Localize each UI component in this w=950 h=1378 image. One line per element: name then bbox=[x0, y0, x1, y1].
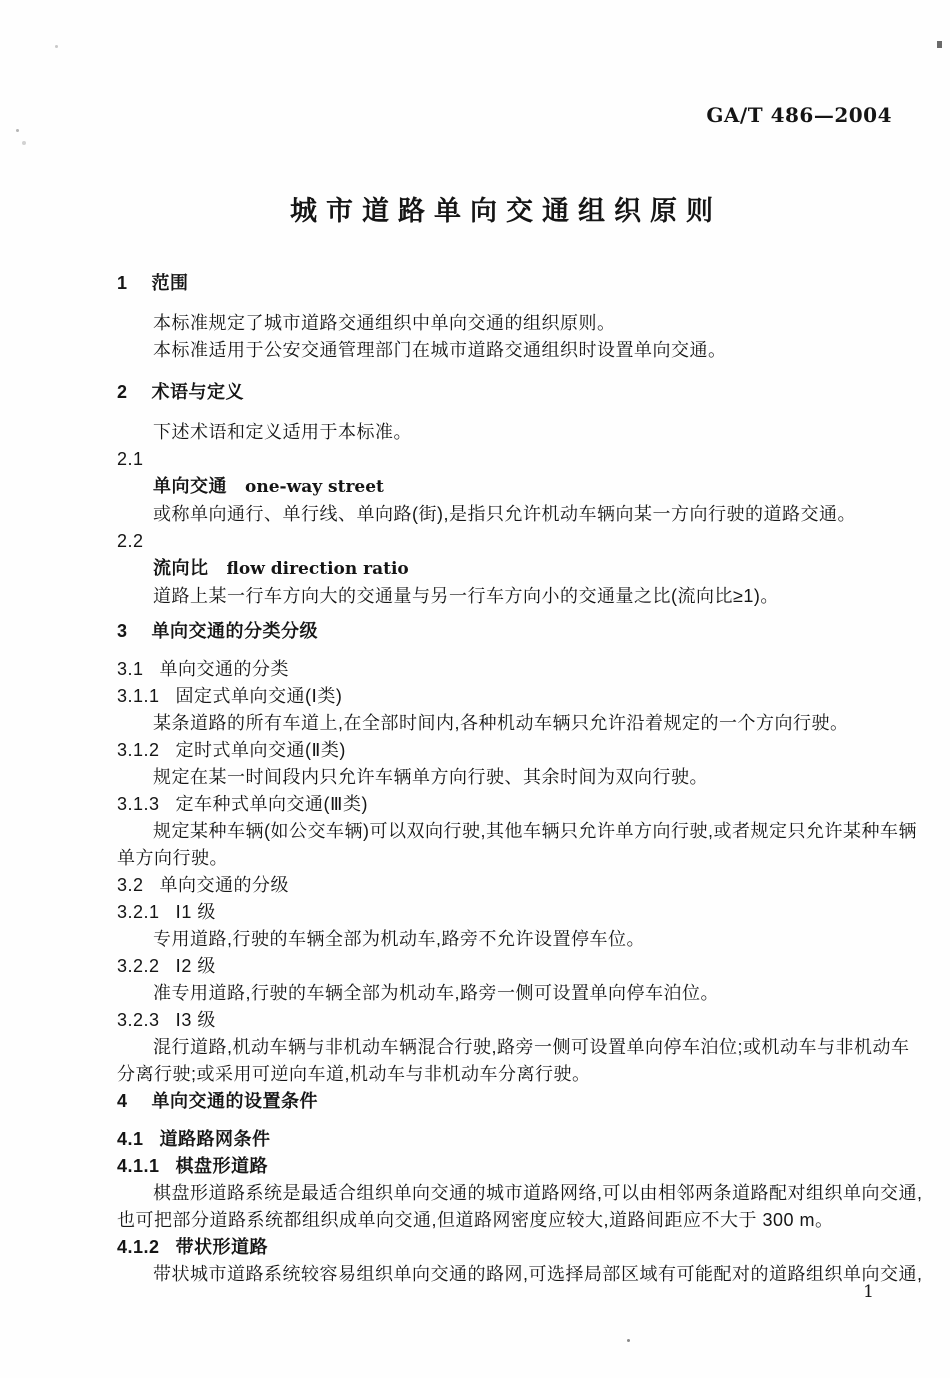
paragraph-line: 规定在某一时间段内只允许车辆单方向行驶、其余时间为双向行驶。 bbox=[117, 764, 897, 791]
clause-heading: 3.2.1Ⅰ1 级 bbox=[117, 899, 897, 926]
paragraph-continuation: 分离行驶;或采用可逆向车道,机动车与非机动车分离行驶。 bbox=[117, 1061, 897, 1088]
term-en: flow direction ratio bbox=[227, 559, 409, 579]
heading-text: 范围 bbox=[152, 273, 189, 293]
clause-number: 3.1.3 bbox=[117, 794, 160, 814]
clause-heading: 3.1单向交通的分类 bbox=[117, 656, 897, 683]
clause-number: 3.2.3 bbox=[117, 1010, 160, 1030]
clause-heading: 4.1道路路网条件 bbox=[117, 1126, 897, 1153]
paragraph-line: 或称单向通行、单行线、单向路(街),是指只允许机动车辆向某一方向行驶的道路交通。 bbox=[117, 501, 897, 528]
paragraph-line: 混行道路,机动车辆与非机动车辆混合行驶,路旁一侧可设置单向停车泊位;或机动车与非… bbox=[117, 1034, 897, 1061]
clause-number: 4.1 bbox=[117, 1129, 144, 1149]
paragraph-continuation: 单方向行驶。 bbox=[117, 845, 897, 872]
scan-speck bbox=[937, 41, 942, 48]
section-heading-classification: 3单向交通的分类分级 bbox=[117, 618, 897, 645]
heading-text: 单向交通的分类 bbox=[160, 659, 290, 679]
clause-number: 3.1 bbox=[117, 659, 144, 679]
heading-text: 单向交通的分类分级 bbox=[152, 621, 319, 641]
heading-text: Ⅰ3 级 bbox=[176, 1010, 216, 1030]
document-body: 1范围 本标准规定了城市道路交通组织中单向交通的组织原则。 本标准适用于公安交通… bbox=[117, 270, 897, 1288]
heading-text: 单向交通的设置条件 bbox=[152, 1091, 319, 1111]
clause-heading: 2.1 bbox=[117, 446, 897, 473]
heading-text: 术语与定义 bbox=[152, 382, 245, 402]
clause-heading: 3.2.2Ⅰ2 级 bbox=[117, 953, 897, 980]
heading-text: 棋盘形道路 bbox=[176, 1156, 269, 1176]
clause-number: 3.2 bbox=[117, 875, 144, 895]
heading-text: 定时式单向交通(Ⅱ类) bbox=[176, 740, 346, 760]
clause-number: 3.1.2 bbox=[117, 740, 160, 760]
heading-text: 单向交通的分级 bbox=[160, 875, 290, 895]
clause-heading: 4.1.2带状形道路 bbox=[117, 1234, 897, 1261]
clause-number: 3.2.1 bbox=[117, 902, 160, 922]
heading-text: 固定式单向交通(Ⅰ类) bbox=[176, 686, 343, 706]
clause-heading: 3.1.2定时式单向交通(Ⅱ类) bbox=[117, 737, 897, 764]
clause-heading: 4.1.1棋盘形道路 bbox=[117, 1153, 897, 1180]
paragraph-line: 道路上某一行车方向大的交通量与另一行车方向小的交通量之比(流向比≥1)。 bbox=[117, 583, 897, 610]
paragraph-line: 规定某种车辆(如公交车辆)可以双向行驶,其他车辆只允许单方向行驶,或者规定只允许… bbox=[117, 818, 897, 845]
clause-number: 3.2.2 bbox=[117, 956, 160, 976]
section-heading-scope: 1范围 bbox=[117, 270, 897, 297]
paragraph-line: 本标准规定了城市道路交通组织中单向交通的组织原则。 bbox=[117, 310, 897, 337]
clause-number: 3 bbox=[117, 621, 128, 641]
scan-speck bbox=[55, 45, 58, 48]
term-line: 单向交通one-way street bbox=[117, 473, 897, 501]
clause-heading: 3.2.3Ⅰ3 级 bbox=[117, 1007, 897, 1034]
clause-number: 2.2 bbox=[117, 531, 144, 551]
clause-heading: 3.2单向交通的分级 bbox=[117, 872, 897, 899]
term-en: one-way street bbox=[245, 477, 384, 497]
paragraph-continuation: 也可把部分道路系统都组织成单向交通,但道路网密度应较大,道路间距应不大于 300… bbox=[117, 1207, 897, 1234]
section-heading-conditions: 4单向交通的设置条件 bbox=[117, 1088, 897, 1115]
clause-heading: 3.1.1固定式单向交通(Ⅰ类) bbox=[117, 683, 897, 710]
scan-speck bbox=[627, 1339, 630, 1342]
paragraph-line: 本标准适用于公安交通管理部门在城市道路交通组织时设置单向交通。 bbox=[117, 337, 897, 364]
doc-number: GA/T 486—2004 bbox=[706, 103, 892, 127]
paragraph-line: 准专用道路,行驶的车辆全部为机动车,路旁一侧可设置单向停车泊位。 bbox=[117, 980, 897, 1007]
heading-text: Ⅰ2 级 bbox=[176, 956, 216, 976]
paragraph-line: 带状城市道路系统较容易组织单向交通的路网,可选择局部区域有可能配对的道路组织单向… bbox=[117, 1261, 897, 1288]
doc-title: 城市道路单向交通组织原则 bbox=[117, 189, 895, 228]
term-zh: 单向交通 bbox=[153, 476, 227, 496]
paragraph-line: 下述术语和定义适用于本标准。 bbox=[117, 419, 897, 446]
section-heading-terms: 2术语与定义 bbox=[117, 379, 897, 406]
clause-number: 2 bbox=[117, 382, 128, 402]
clause-number: 4.1.1 bbox=[117, 1156, 160, 1176]
term-line: 流向比flow direction ratio bbox=[117, 555, 897, 583]
clause-number: 4 bbox=[117, 1091, 128, 1111]
paragraph-line: 某条道路的所有车道上,在全部时间内,各种机动车辆只允许沿着规定的一个方向行驶。 bbox=[117, 710, 897, 737]
page-number: 1 bbox=[863, 1282, 874, 1302]
paragraph-line: 棋盘形道路系统是最适合组织单向交通的城市道路网络,可以由相邻两条道路配对组织单向… bbox=[117, 1180, 897, 1207]
scan-speck bbox=[22, 141, 26, 145]
scan-speck bbox=[16, 129, 19, 132]
clause-heading: 2.2 bbox=[117, 528, 897, 555]
heading-text: 定车种式单向交通(Ⅲ类) bbox=[176, 794, 368, 814]
clause-number: 2.1 bbox=[117, 449, 144, 469]
term-zh: 流向比 bbox=[153, 558, 209, 578]
heading-text: Ⅰ1 级 bbox=[176, 902, 216, 922]
heading-text: 道路路网条件 bbox=[160, 1129, 271, 1149]
paragraph-line: 专用道路,行驶的车辆全部为机动车,路旁不允许设置停车位。 bbox=[117, 926, 897, 953]
clause-heading: 3.1.3定车种式单向交通(Ⅲ类) bbox=[117, 791, 897, 818]
heading-text: 带状形道路 bbox=[176, 1237, 269, 1257]
clause-number: 3.1.1 bbox=[117, 686, 160, 706]
document-page: GA/T 486—2004 城市道路单向交通组织原则 1范围 本标准规定了城市道… bbox=[0, 0, 950, 1378]
clause-number: 1 bbox=[117, 273, 128, 293]
clause-number: 4.1.2 bbox=[117, 1237, 160, 1257]
